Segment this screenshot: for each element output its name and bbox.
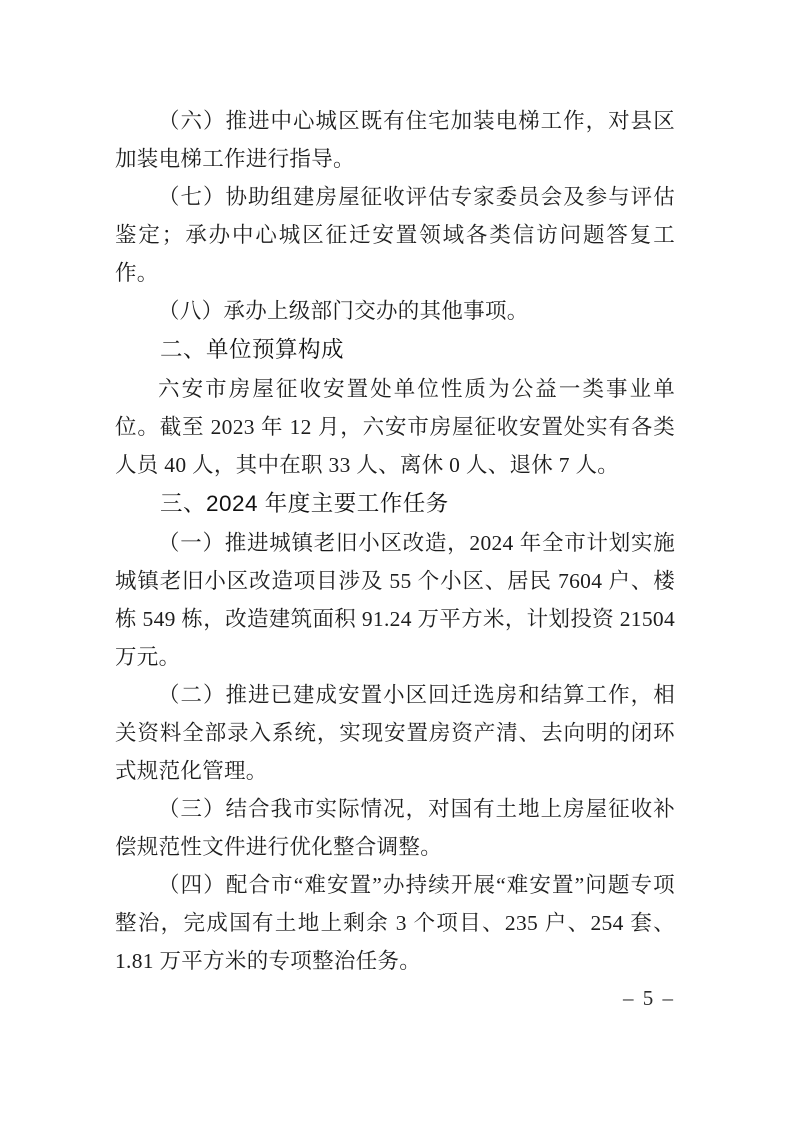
paragraph-item-6: （六）推进中心城区既有住宅加装电梯工作，对县区加装电梯工作进行指导。 [115,102,675,178]
page-number: – 5 – [115,984,675,1012]
paragraph-item-8: （八）承办上级部门交办的其他事项。 [115,292,675,330]
document-page: （六）推进中心城区既有住宅加装电梯工作，对县区加装电梯工作进行指导。 （七）协助… [0,0,793,1122]
paragraph-task-4: （四）配合市“难安置”办持续开展“难安置”问题专项整治，完成国有土地上剩余 3 … [115,866,675,980]
paragraph-task-3: （三）结合我市实际情况，对国有土地上房屋征收补偿规范性文件进行优化整合调整。 [115,790,675,866]
paragraph-task-2: （二）推进已建成安置小区回迁选房和结算工作，相关资料全部录入系统，实现安置房资产… [115,676,675,790]
paragraph-item-7: （七）协助组建房屋征收评估专家委员会及参与评估鉴定；承办中心城区征迁安置领域各类… [115,178,675,292]
section-heading-2024-tasks: 三、2024 年度主要工作任务 [115,484,675,524]
paragraph-task-1: （一）推进城镇老旧小区改造，2024 年全市计划实施城镇老旧小区改造项目涉及 5… [115,524,675,676]
section-heading-budget-composition: 二、单位预算构成 [115,330,675,370]
paragraph-budget-composition: 六安市房屋征收安置处单位性质为公益一类事业单位。截至 2023 年 12 月，六… [115,370,675,484]
